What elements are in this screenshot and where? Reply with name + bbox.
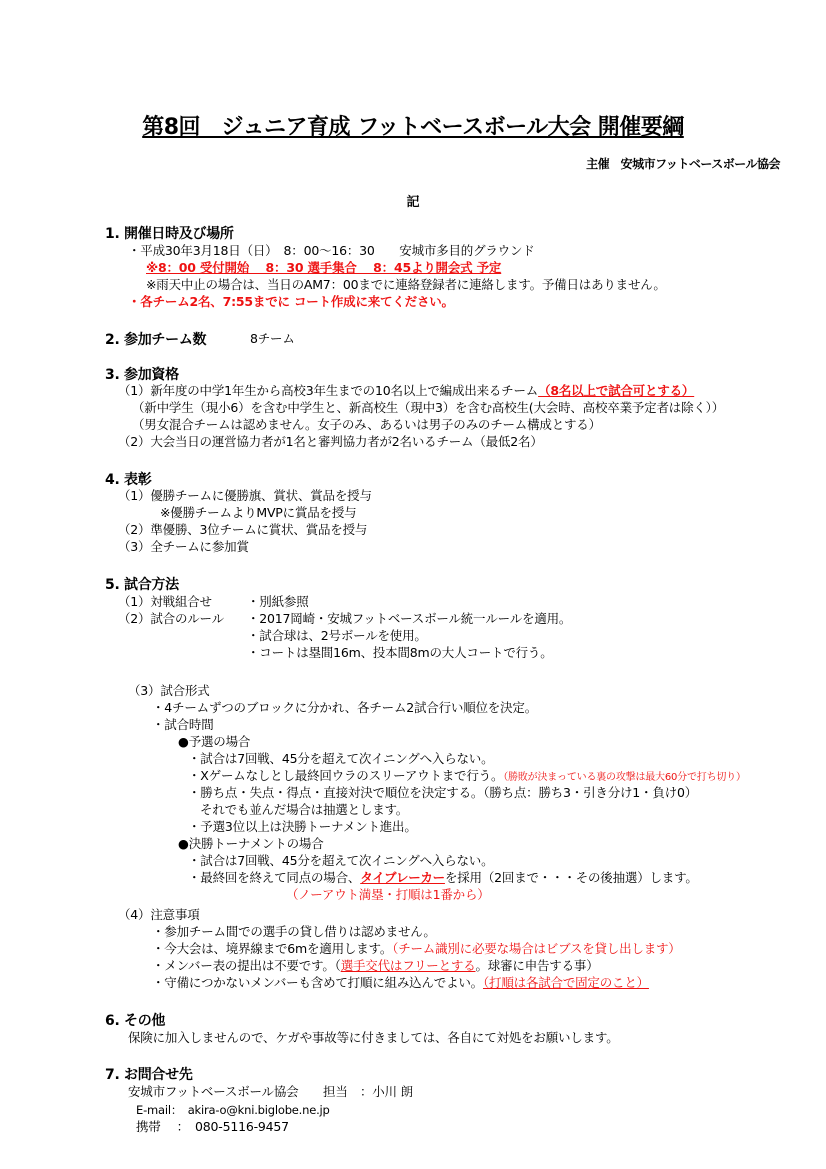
pairing-value: ・別紙参照 (247, 594, 309, 610)
section-6-heading: 6. その他 (105, 1010, 165, 1030)
rule-2: ・試合球は、2号ボールを使用。 (247, 628, 427, 644)
rain-note: ※雨天中止の場合は、当日のAM7：00までに連絡登録者に連絡します。予備日はあり… (146, 277, 666, 293)
caution-label: （4）注意事項 (118, 907, 200, 923)
page-title: 第8回 ジュニア育成 フットベースボール大会 開催要綱 (0, 110, 826, 141)
final-rule-2: ・最終回を終えて同点の場合、タイブレーカーを採用（2回まで・・・その後抽選）しま… (188, 870, 698, 886)
section-4-heading: 4. 表彰 (105, 469, 151, 489)
final-rule-1: ・試合は7回戦、45分を超えて次イニングへ入らない。 (188, 853, 493, 869)
format-block: ・4チームずつのブロックに分かれ、各チーム2試合行い順位を決定。 (152, 700, 537, 716)
caution-3-post: 。球審に申告する事） (476, 958, 599, 973)
organizer: 主催 安城市フットベースボール協会 (586, 155, 780, 172)
schedule-note: ※8：00 受付開始 8：30 選手集合 8：45より開会式 予定 (146, 260, 501, 276)
caution-1: ・参加チーム間での選手の貸し借りは認めません。 (152, 924, 436, 940)
prelim-rule-4: ・予選3位以上は決勝トーナメント進出。 (188, 819, 417, 835)
ki-marker: 記 (0, 191, 826, 210)
eligibility-item-1: （1）新年度の中学1年生から高校3年生までの10名以上で編成出来るチーム（8名以… (118, 383, 694, 399)
section-3-heading: 3. 参加資格 (105, 364, 179, 384)
contact-email[interactable]: E-mail： akira-o@kni.biglobe.ne.jp (136, 1102, 330, 1118)
award-item-1: （1）優勝チームに優勝旗、賞状、賞品を授与 (118, 488, 372, 504)
eligibility-item-1-red: （8名以上で試合可とする） (538, 383, 694, 398)
award-mvp-note: ※優勝チームよりMVPに賞品を授与 (160, 505, 356, 521)
time-label: ・試合時間 (152, 717, 214, 733)
rules-label: （2）試合のルール (118, 611, 224, 627)
court-setup-note: ・各チーム2名、7:55までに コート作成に来てください。 (128, 294, 454, 310)
caution-2: ・今大会は、境界線まで6mを適用します。（チーム識別に必要な場合はビブスを貸し出… (152, 941, 681, 957)
prelim-rule-1: ・試合は7回戦、45分を超えて次イニングへ入らない。 (188, 751, 493, 767)
eligibility-note-2: （男女混合チームは認めません。女子のみ、あるいは男子のみのチーム構成とする） (132, 417, 601, 433)
final-rule-2-pre: ・最終回を終えて同点の場合、 (188, 870, 360, 885)
tiebreaker-label: タイブレーカー (360, 870, 445, 885)
format-label: （3）試合形式 (128, 683, 210, 699)
section-7-heading: 7. お問合せ先 (105, 1064, 193, 1084)
contact-phone: 携帯 ： 080-5116-9457 (136, 1119, 289, 1135)
pairing-label: （1）対戦組合せ (118, 594, 212, 610)
caution-3-pre: ・メンバー表の提出は不要です。（ (152, 958, 341, 973)
insurance-note: 保険に加入しませんので、ケガや事故等に付きましては、各自にて対処をお願いします。 (128, 1030, 619, 1046)
team-count: 8チーム (250, 331, 295, 347)
caution-3: ・メンバー表の提出は不要です。（選手交代はフリーとする。球審に申告する事） (152, 958, 599, 974)
event-date-line: ・平成30年3月18日（日） 8：00～16：30 安城市多目的グラウンド (128, 243, 535, 259)
final-rule-2-post: を採用（2回まで・・・その後抽選）します。 (445, 870, 698, 885)
section-1-heading: 1. 開催日時及び場所 (105, 223, 234, 243)
caution-3-red: 選手交代はフリーとする (341, 958, 476, 973)
caution-4-red: （打順は各試合で固定のこと） (483, 975, 649, 990)
award-item-2: （2）準優勝、3位チームに賞状、賞品を授与 (118, 522, 367, 538)
eligibility-note-1: （新中学生（現小6）を含む中学生と、新高校生（現中3）を含む高校生(大会時、高校… (132, 400, 724, 416)
final-red-note: （ノーアウト満塁・打順は1番から） (286, 887, 490, 903)
award-item-3: （3）全チームに参加賞 (118, 539, 249, 555)
caution-4-text: ・守備につかないメンバーも含めて打順に組み込んでよい。 (152, 975, 483, 990)
caution-4: ・守備につかないメンバーも含めて打順に組み込んでよい。（打順は各試合で固定のこと… (152, 975, 649, 991)
section-2-heading: 2. 参加チーム数 (105, 329, 206, 349)
rule-1: ・2017岡崎・安城フットベースボール統一ルールを適用。 (247, 611, 571, 627)
prelim-red-note: （勝敗が決まっている裏の攻撃は最大60分で打ち切り） (503, 772, 746, 783)
prelim-rule-3: ・勝ち点・失点・得点・直接対決で順位を決定する。（勝ち点：勝ち3・引き分け1・負… (188, 785, 697, 801)
contact-org: 安城市フットベースボール協会 担当 ：小川 朗 (128, 1084, 413, 1100)
eligibility-item-1-text: （1）新年度の中学1年生から高校3年生までの10名以上で編成出来るチーム (118, 383, 538, 398)
prelim-rule-2-text: ・Xゲームなしとし最終回ウラのスリーアウトまで行う。 (188, 768, 503, 783)
caution-2-red: （チーム識別に必要な場合はビブスを貸し出します） (392, 941, 680, 956)
caution-2-text: ・今大会は、境界線まで6mを適用します。 (152, 941, 392, 956)
rule-3: ・コートは塁間16m、投本間8mの大人コートで行う。 (247, 645, 553, 661)
prelim-rule-2: ・Xゲームなしとし最終回ウラのスリーアウトまで行う。（勝敗が決まっている裏の攻撃… (188, 768, 746, 786)
section-5-heading: 5. 試合方法 (105, 574, 179, 594)
prelim-rule-3-cont: それでも並んだ場合は抽選とします。 (200, 802, 408, 818)
final-label: ●決勝トーナメントの場合 (178, 836, 324, 852)
eligibility-item-2: （2）大会当日の運営協力者が1名と審判協力者が2名いるチーム（最低2名） (118, 434, 543, 450)
prelim-label: ●予選の場合 (178, 734, 250, 750)
